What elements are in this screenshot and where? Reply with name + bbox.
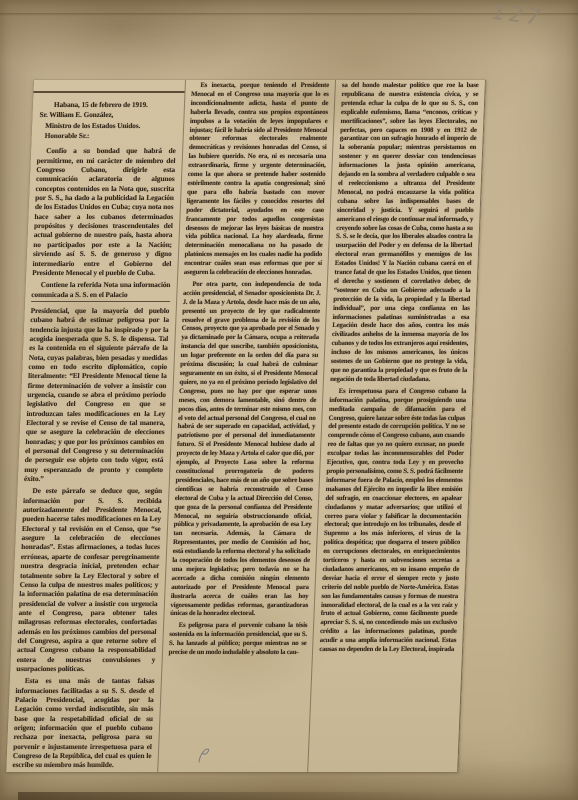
handwritten-mark-icon (196, 746, 212, 766)
address-line: Ministro de los Estados Unidos. (38, 121, 177, 130)
scanned-letter-page: { "annotations": { "page_number": "127" … (0, 0, 578, 800)
address-line: Sr. William E. González, (38, 110, 177, 119)
clipping-column-1: Habana, 15 de febrero de 1919.Sr. Willia… (6, 91, 184, 772)
paragraph: Por otra parte, con independencia de tod… (170, 281, 321, 619)
paragraph: Confío a su bondad que habrá de permitir… (32, 146, 176, 277)
clipping-column-2: Es inexacta, porque teniendo el Presiden… (157, 80, 335, 772)
newspaper-clipping: Habana, 15 de febrero de 1919.Sr. Willia… (6, 80, 486, 772)
paragraph: Es irrespetuosa para el Congreso cubano … (319, 388, 466, 655)
paragraph: Esta es una más de tantas falsas informa… (12, 676, 154, 769)
paragraph: Es peligrosa para el porvenir cubano la … (168, 622, 307, 658)
salutation-line: Honorable Sr.: (38, 131, 177, 140)
paragraph: Presidencial, que la mayoría del pueblo … (24, 306, 170, 484)
paragraph: Contiene la referida Nota una informació… (31, 280, 170, 302)
date-line: Habana, 15 de febrero de 1919. (39, 100, 178, 109)
page-bottom-edge-shadow (18, 792, 438, 800)
clipping-column-3: sa del hondo malestar político que roe l… (307, 80, 485, 772)
handwritten-page-number: 127 (491, 0, 563, 32)
paragraph: De este párrafo se deduce que, según inf… (16, 486, 162, 673)
paragraph: sa del hondo malestar político que roe l… (330, 82, 479, 385)
paragraph: Es inexacta, porque teniendo el Presiden… (184, 82, 329, 278)
